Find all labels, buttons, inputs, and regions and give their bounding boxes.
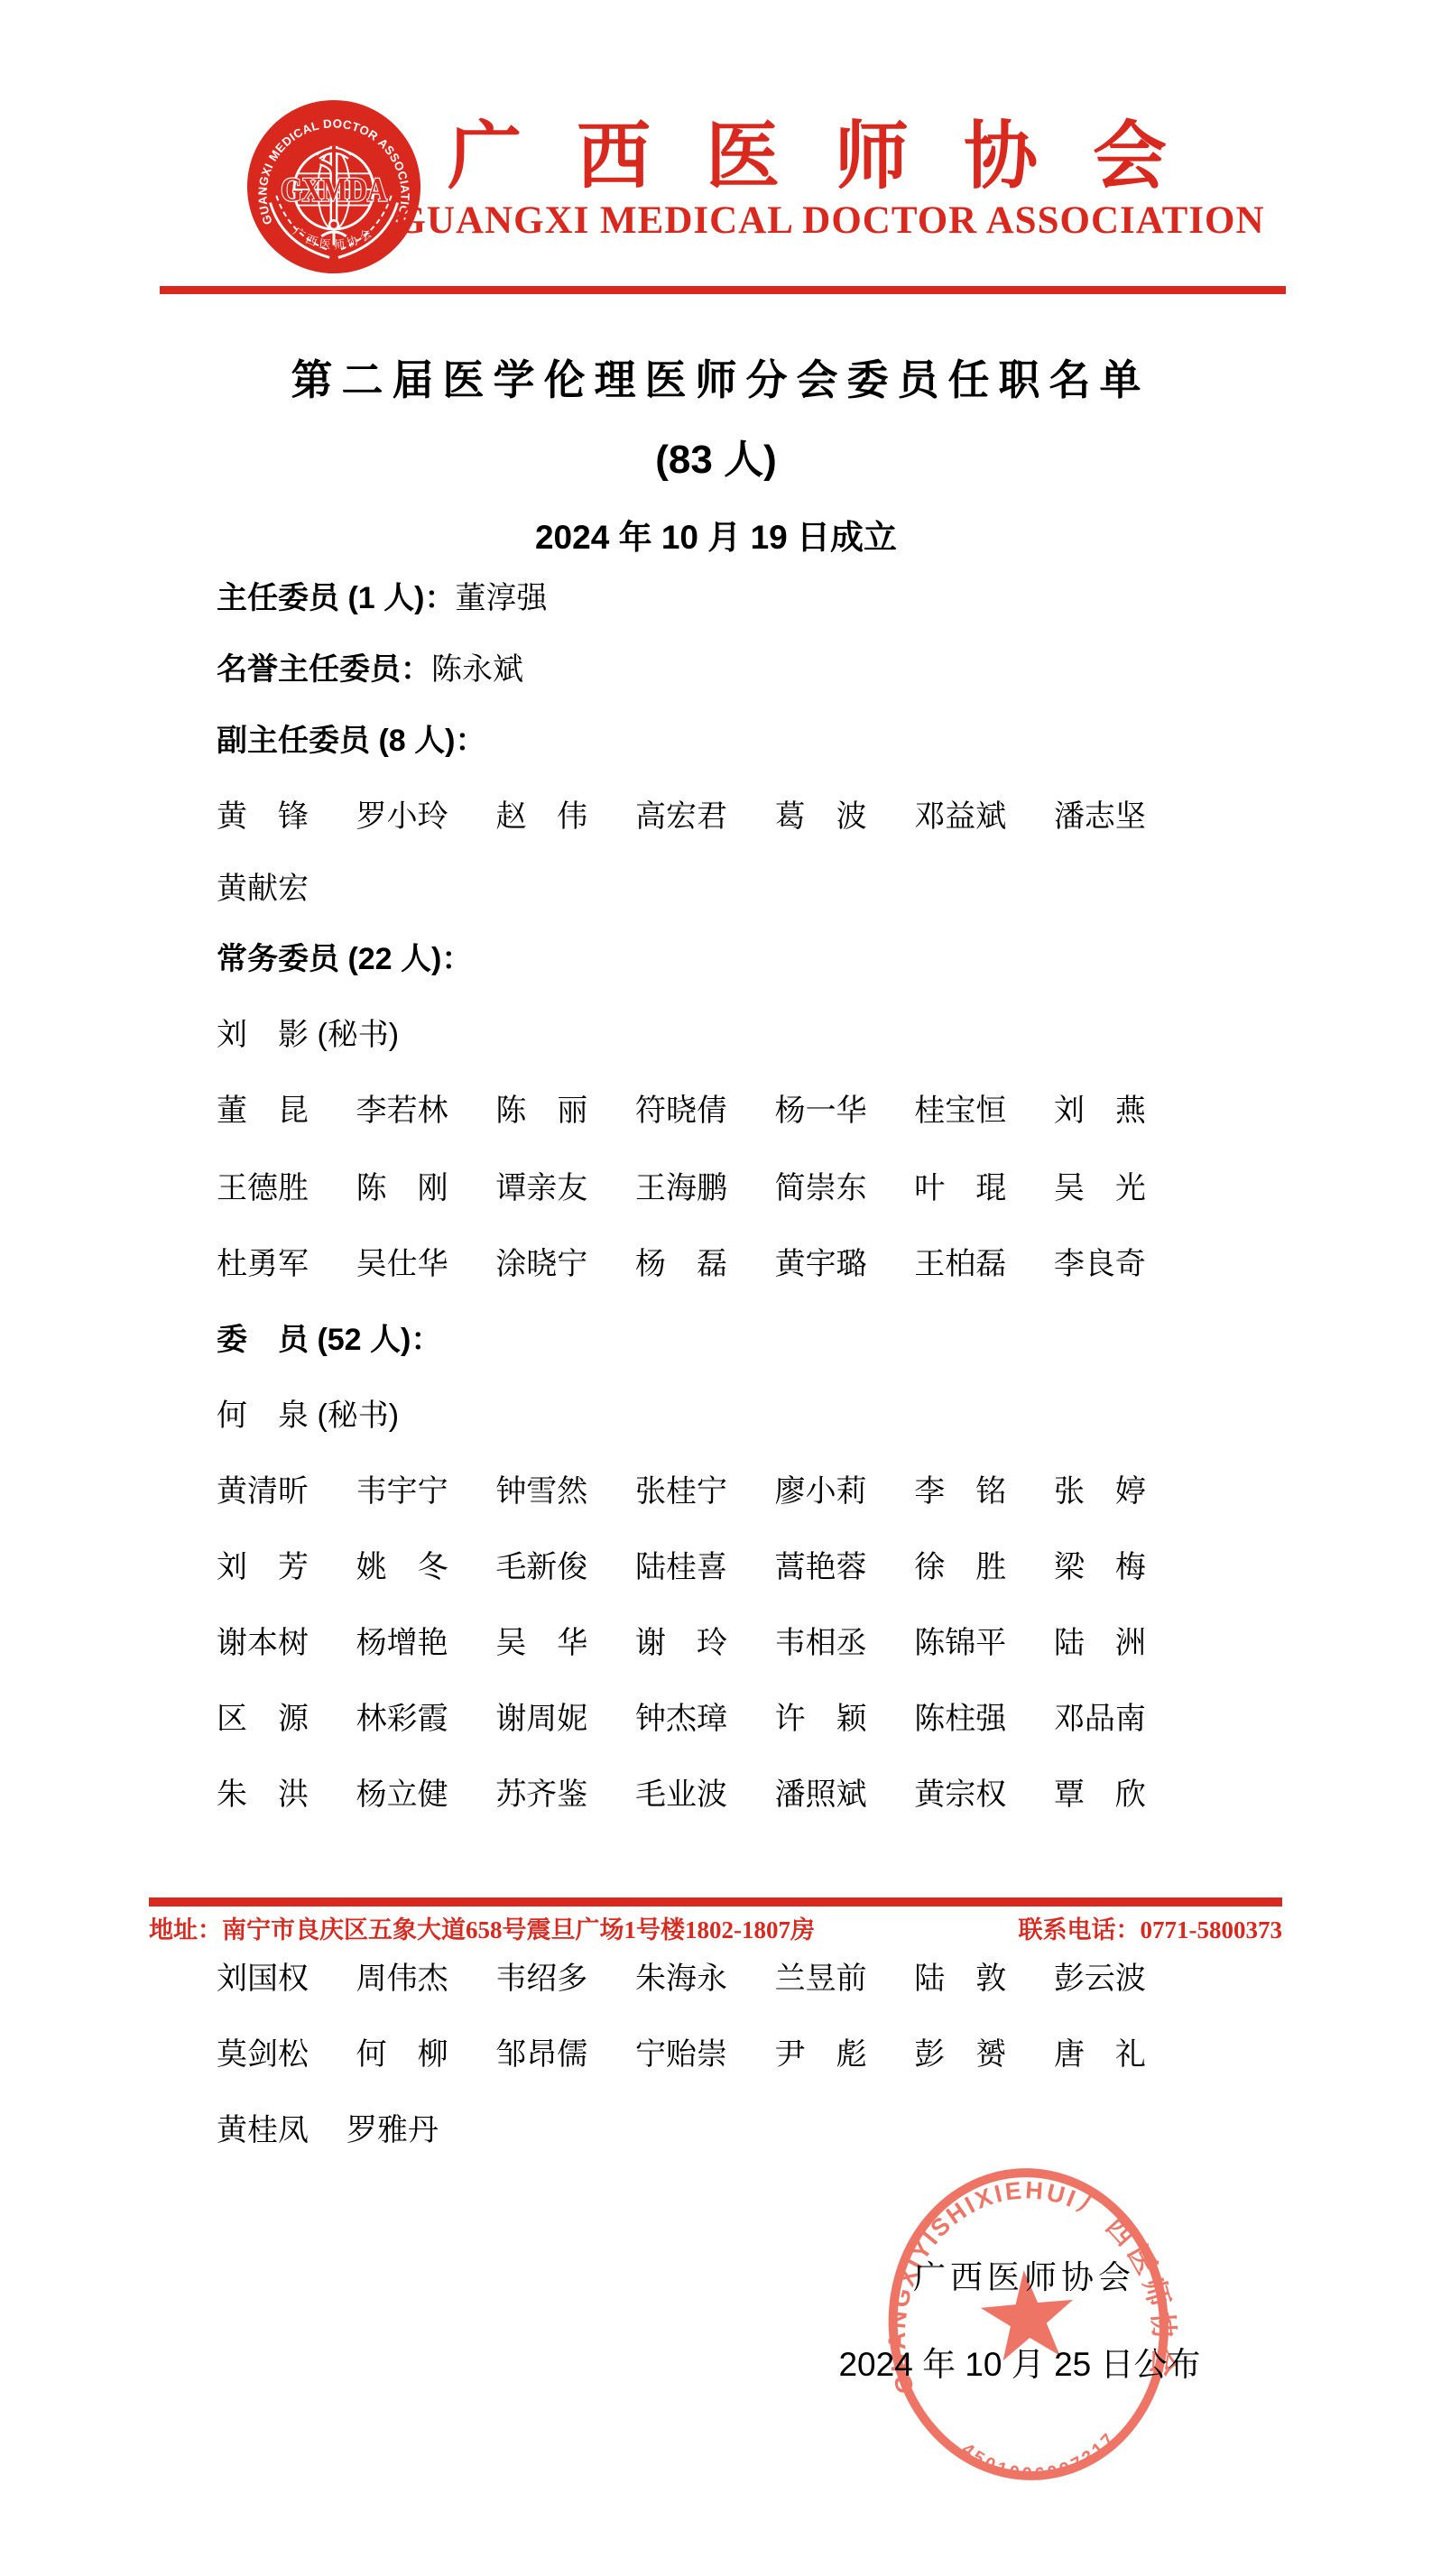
person-name: 董 昆 [217, 1092, 309, 1130]
person-name: 梁 梅 [1054, 1548, 1146, 1586]
members-secretary-line: 何 泉 (秘书) [217, 1397, 1146, 1435]
honorary-chairman-line: 名誉主任委员：陈永斌 [217, 651, 1146, 688]
person-name: 钟雪然 [495, 1473, 587, 1510]
person-name: 姚 冬 [356, 1548, 448, 1586]
person-name: 谢 玲 [635, 1624, 727, 1662]
person-name: 罗小玲 [356, 798, 448, 836]
vice-chairmen-row-2: 黄献宏 [217, 870, 1146, 908]
person-name: 陈 丽 [495, 1092, 587, 1130]
person-name: 宁贻崇 [635, 2036, 727, 2073]
person-name: 李良奇 [1054, 1245, 1146, 1283]
person-name: 区 源 [217, 1700, 309, 1738]
person-name: 黄清昕 [217, 1473, 309, 1510]
person-name: 王海鹏 [635, 1169, 727, 1207]
person-name: 陈锦平 [914, 1624, 1006, 1662]
person-name: 何 柳 [356, 2036, 448, 2073]
person-name: 朱海永 [635, 1960, 727, 1998]
standing-row-1: 董 昆李若林陈 丽符晓倩杨一华桂宝恒刘 燕 [217, 1092, 1146, 1130]
person-name: 陆 敦 [914, 1960, 1006, 1998]
person-name: 邓益斌 [914, 798, 1006, 836]
person-name: 涂晓宁 [495, 1245, 587, 1283]
person-name: 周伟杰 [356, 1960, 448, 1998]
person-name: 杜勇军 [217, 1245, 309, 1283]
person-name: 谢周妮 [495, 1700, 587, 1738]
person-name: 陆 洲 [1054, 1624, 1146, 1662]
person-name: 彭云波 [1054, 1960, 1146, 1998]
person-name: 潘照斌 [775, 1776, 867, 1814]
members-row-5: 朱 洪杨立健苏齐鉴毛业波潘照斌黄宗权覃 欣 [217, 1776, 1146, 1814]
person-name: 吴 华 [495, 1624, 587, 1662]
members-heading: 委 员 (52 人)： [217, 1321, 1146, 1359]
honorary-chairman-name: 陈永斌 [431, 652, 523, 687]
person-name: 廖小莉 [775, 1473, 867, 1510]
person-name: 杨一华 [775, 1092, 867, 1130]
person-name: 黄宇璐 [775, 1245, 867, 1283]
document-title: 第二届医学伦理医师分会委员任职名单 [0, 347, 1432, 407]
footer-address: 地址：南宁市良庆区五象大道658号震旦广场1号楼1802-1807房 [149, 1910, 815, 1945]
person-name: 韦相丞 [775, 1624, 867, 1662]
person-name: 陈柱强 [914, 1700, 1006, 1738]
person-name: 许 颖 [775, 1700, 867, 1738]
person-name: 张桂宁 [635, 1473, 727, 1510]
chairman-label: 主任委员 (1 人)： [217, 581, 455, 615]
founding-date: 2024 年 10 月 19 日成立 [0, 510, 1432, 559]
members-row-6: 刘国权周伟杰韦绍多朱海永兰昱前陆 敦彭云波 [217, 1960, 1146, 1998]
person-name: 谢本树 [217, 1624, 309, 1662]
footer-phone: 联系电话：0771-5800373 [1019, 1910, 1283, 1945]
chairman-name: 董淳强 [455, 581, 547, 615]
person-name: 赵 伟 [495, 798, 587, 836]
person-name: 邹昂儒 [495, 2036, 587, 2073]
person-name: 蒿艳蓉 [775, 1548, 867, 1586]
person-name: 高宏君 [635, 798, 727, 836]
seal-serial-number: 4501006097317 [956, 2426, 1124, 2491]
person-name: 韦绍多 [495, 1960, 587, 1998]
person-name: 覃 欣 [1054, 1776, 1146, 1814]
footer-divider [149, 1897, 1282, 1907]
members-row-4: 区 源林彩霞谢周妮钟杰璋许 颖陈柱强邓品南 [217, 1700, 1146, 1738]
person-name: 徐 胜 [914, 1548, 1006, 1586]
person-name: 简崇东 [775, 1169, 867, 1207]
svg-text:4501006097317: 4501006097317 [956, 2426, 1124, 2491]
person-name: 罗雅丹 [346, 2111, 439, 2149]
members-row-2: 刘 芳姚 冬毛新俊陆桂喜蒿艳蓉徐 胜梁 梅 [217, 1548, 1146, 1586]
person-name: 陆桂喜 [635, 1548, 727, 1586]
official-seal-icon: GUANGXIYISHIXIEHUI 广西医师协会 4501006097317 [866, 2151, 1191, 2500]
standing-committee-heading: 常务委员 (22 人)： [217, 940, 1146, 978]
person-name: 叶 琨 [914, 1169, 1006, 1207]
person-name: 李 铭 [914, 1473, 1006, 1510]
person-name: 吴仕华 [356, 1245, 448, 1283]
person-name: 莫剑松 [217, 2036, 309, 2073]
footer-contact-band: 地址：南宁市良庆区五象大道658号震旦广场1号楼1802-1807房 联系电话：… [149, 1910, 1282, 1945]
document-page: GUANGXI MEDICAL DOCTOR ASSOCIATION [0, 0, 1432, 2576]
person-name: 桂宝恒 [914, 1092, 1006, 1130]
standing-secretary-line: 刘 影 (秘书) [217, 1016, 1146, 1054]
person-name: 黄宗权 [914, 1776, 1006, 1814]
logo-abbr-text: GXMDA [281, 172, 387, 209]
members-row-3: 谢本树杨增艳吴 华谢 玲韦相丞陈锦平陆 洲 [217, 1624, 1146, 1662]
person-name: 黄 锋 [217, 798, 309, 836]
standing-row-2: 王德胜陈 刚谭亲友王海鹏简崇东叶 琨吴 光 [217, 1169, 1146, 1207]
person-name: 李若林 [356, 1092, 448, 1130]
person-name: 朱 洪 [217, 1776, 309, 1814]
person-name: 林彩霞 [356, 1700, 448, 1738]
person-name: 王德胜 [217, 1169, 309, 1207]
person-name: 谭亲友 [495, 1169, 587, 1207]
person-name: 黄献宏 [217, 870, 309, 908]
person-name: 杨立健 [356, 1776, 448, 1814]
person-name: 黄桂凤 [217, 2111, 309, 2149]
member-count: (83 人) [0, 427, 1432, 485]
person-name: 钟杰璋 [635, 1700, 727, 1738]
person-name: 毛新俊 [495, 1548, 587, 1586]
person-name: 葛 波 [775, 798, 867, 836]
person-name: 潘志坚 [1054, 798, 1146, 836]
person-name: 苏齐鉴 [495, 1776, 587, 1814]
person-name: 刘国权 [217, 1960, 309, 1998]
person-name: 吴 光 [1054, 1169, 1146, 1207]
person-name: 杨增艳 [356, 1624, 448, 1662]
honorary-chairman-label: 名誉主任委员： [217, 652, 431, 687]
vice-chairmen-row-1: 黄 锋罗小玲赵 伟高宏君葛 波邓益斌潘志坚 [217, 798, 1146, 836]
person-name: 王柏磊 [914, 1245, 1006, 1283]
association-logo-icon: GUANGXI MEDICAL DOCTOR ASSOCIATION [245, 98, 422, 275]
person-name: 杨 磊 [635, 1245, 727, 1283]
vice-chairmen-heading: 副主任委员 (8 人)： [217, 722, 1146, 760]
person-name: 邓品南 [1054, 1700, 1146, 1738]
person-name: 唐 礼 [1054, 2036, 1146, 2073]
person-name: 张 婷 [1054, 1473, 1146, 1510]
association-title-en: GUANGXI MEDICAL DOCTOR ASSOCIATION [379, 199, 1281, 243]
members-row-7: 莫剑松何 柳邹昂儒宁贻崇尹 彪彭 赟唐 礼 [217, 2036, 1146, 2073]
chairman-line: 主任委员 (1 人)：董淳强 [217, 579, 1146, 617]
standing-row-3: 杜勇军吴仕华涂晓宁杨 磊黄宇璐王柏磊李良奇 [217, 1245, 1146, 1283]
person-name: 刘 燕 [1054, 1092, 1146, 1130]
person-name: 兰昱前 [775, 1960, 867, 1998]
person-name: 刘 芳 [217, 1548, 309, 1586]
members-row-1: 黄清昕韦宇宁钟雪然张桂宁廖小莉李 铭张 婷 [217, 1473, 1146, 1510]
publisher-name: 广西医师协会 [889, 2257, 1159, 2297]
publish-date: 2024 年 10 月 25 日公布 [821, 2344, 1218, 2386]
person-name: 彭 赟 [914, 2036, 1006, 2073]
header-divider [160, 286, 1286, 294]
person-name: 尹 彪 [775, 2036, 867, 2073]
person-name: 符晓倩 [635, 1092, 727, 1130]
person-name: 毛业波 [635, 1776, 727, 1814]
person-name: 陈 刚 [356, 1169, 448, 1207]
association-title-cn: 广西医师协会 [448, 115, 1222, 199]
person-name: 韦宇宁 [356, 1473, 448, 1510]
members-row-8: 黄桂凤罗雅丹 [217, 2111, 1146, 2149]
